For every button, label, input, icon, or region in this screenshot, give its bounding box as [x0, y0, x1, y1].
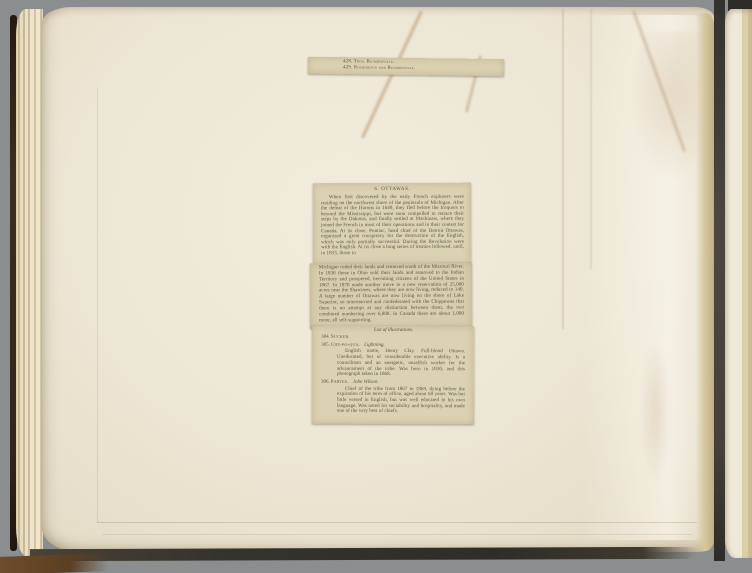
entry-head: 306.Partee.John Wilson. [321, 380, 379, 385]
entry-name: Partee. [331, 380, 349, 385]
article-clipping-top: 6. OTTAWAS. When first discovered by the… [313, 183, 471, 265]
page-impression-line [97, 87, 98, 523]
article-heading: 6. OTTAWAS. [321, 187, 464, 192]
list-clipping: List of illustrations. 304.Sucker. 305.C… [312, 326, 474, 425]
book-gutter-shadow [714, 0, 725, 561]
page-crease [562, 9, 564, 329]
stain-smudge-right-edge [640, 337, 670, 487]
entry-name: Che-po-qua. [331, 342, 360, 347]
page-impression-line [102, 534, 692, 535]
list-entry: 305.Che-po-qua.Lightning. English name, … [321, 342, 466, 378]
photo-background: { "palette": { "backdrop": "#8b8e8f", "p… [0, 0, 752, 573]
facing-page-edge [725, 9, 752, 558]
list-title: List of illustrations. [321, 328, 466, 334]
entry-translation: Lightning. [364, 343, 385, 348]
entry-name: Sucker. [331, 335, 350, 340]
cover-corner-bottom-left [0, 553, 108, 573]
album-page: 428. Thos. Richardville. 429. Roubideaux… [42, 7, 714, 552]
entry-number: 305. [321, 342, 330, 347]
list-entry: 306.Partee.John Wilson. Chief of the tri… [321, 380, 466, 416]
article-paragraph-1: When first discovered by the early Frenc… [321, 195, 464, 257]
caption-line-2: 429. Roubideaux and Richardville. [343, 65, 504, 73]
entry-head: 305.Che-po-qua.Lightning. [321, 342, 385, 347]
caption-clipping: 428. Thos. Richardville. 429. Roubideaux… [308, 57, 504, 76]
entry-description: Chief of the tribe from 1867 to 1869, dy… [337, 386, 465, 415]
entry-number: 304. [321, 335, 330, 340]
page-crease [590, 9, 592, 269]
list-entry: 304.Sucker. [321, 335, 466, 341]
entry-number: 306. [321, 380, 330, 385]
article-clipping-bottom: Michigan ceded their lands and removed s… [310, 263, 472, 329]
entry-head: 304.Sucker. [321, 335, 354, 340]
article-paragraph-2: Michigan ceded their lands and removed s… [319, 265, 464, 324]
entry-translation: John Wilson. [353, 380, 379, 385]
bottom-cover-edge [30, 547, 696, 561]
entry-description: English name, Henry Clay. Full-blood Ott… [337, 349, 465, 378]
left-page-edges [16, 9, 43, 557]
page-impression-line [97, 522, 697, 523]
scrapbook-photo: 428. Thos. Richardville. 429. Roubideaux… [0, 0, 752, 573]
page-fore-edge [696, 13, 715, 551]
